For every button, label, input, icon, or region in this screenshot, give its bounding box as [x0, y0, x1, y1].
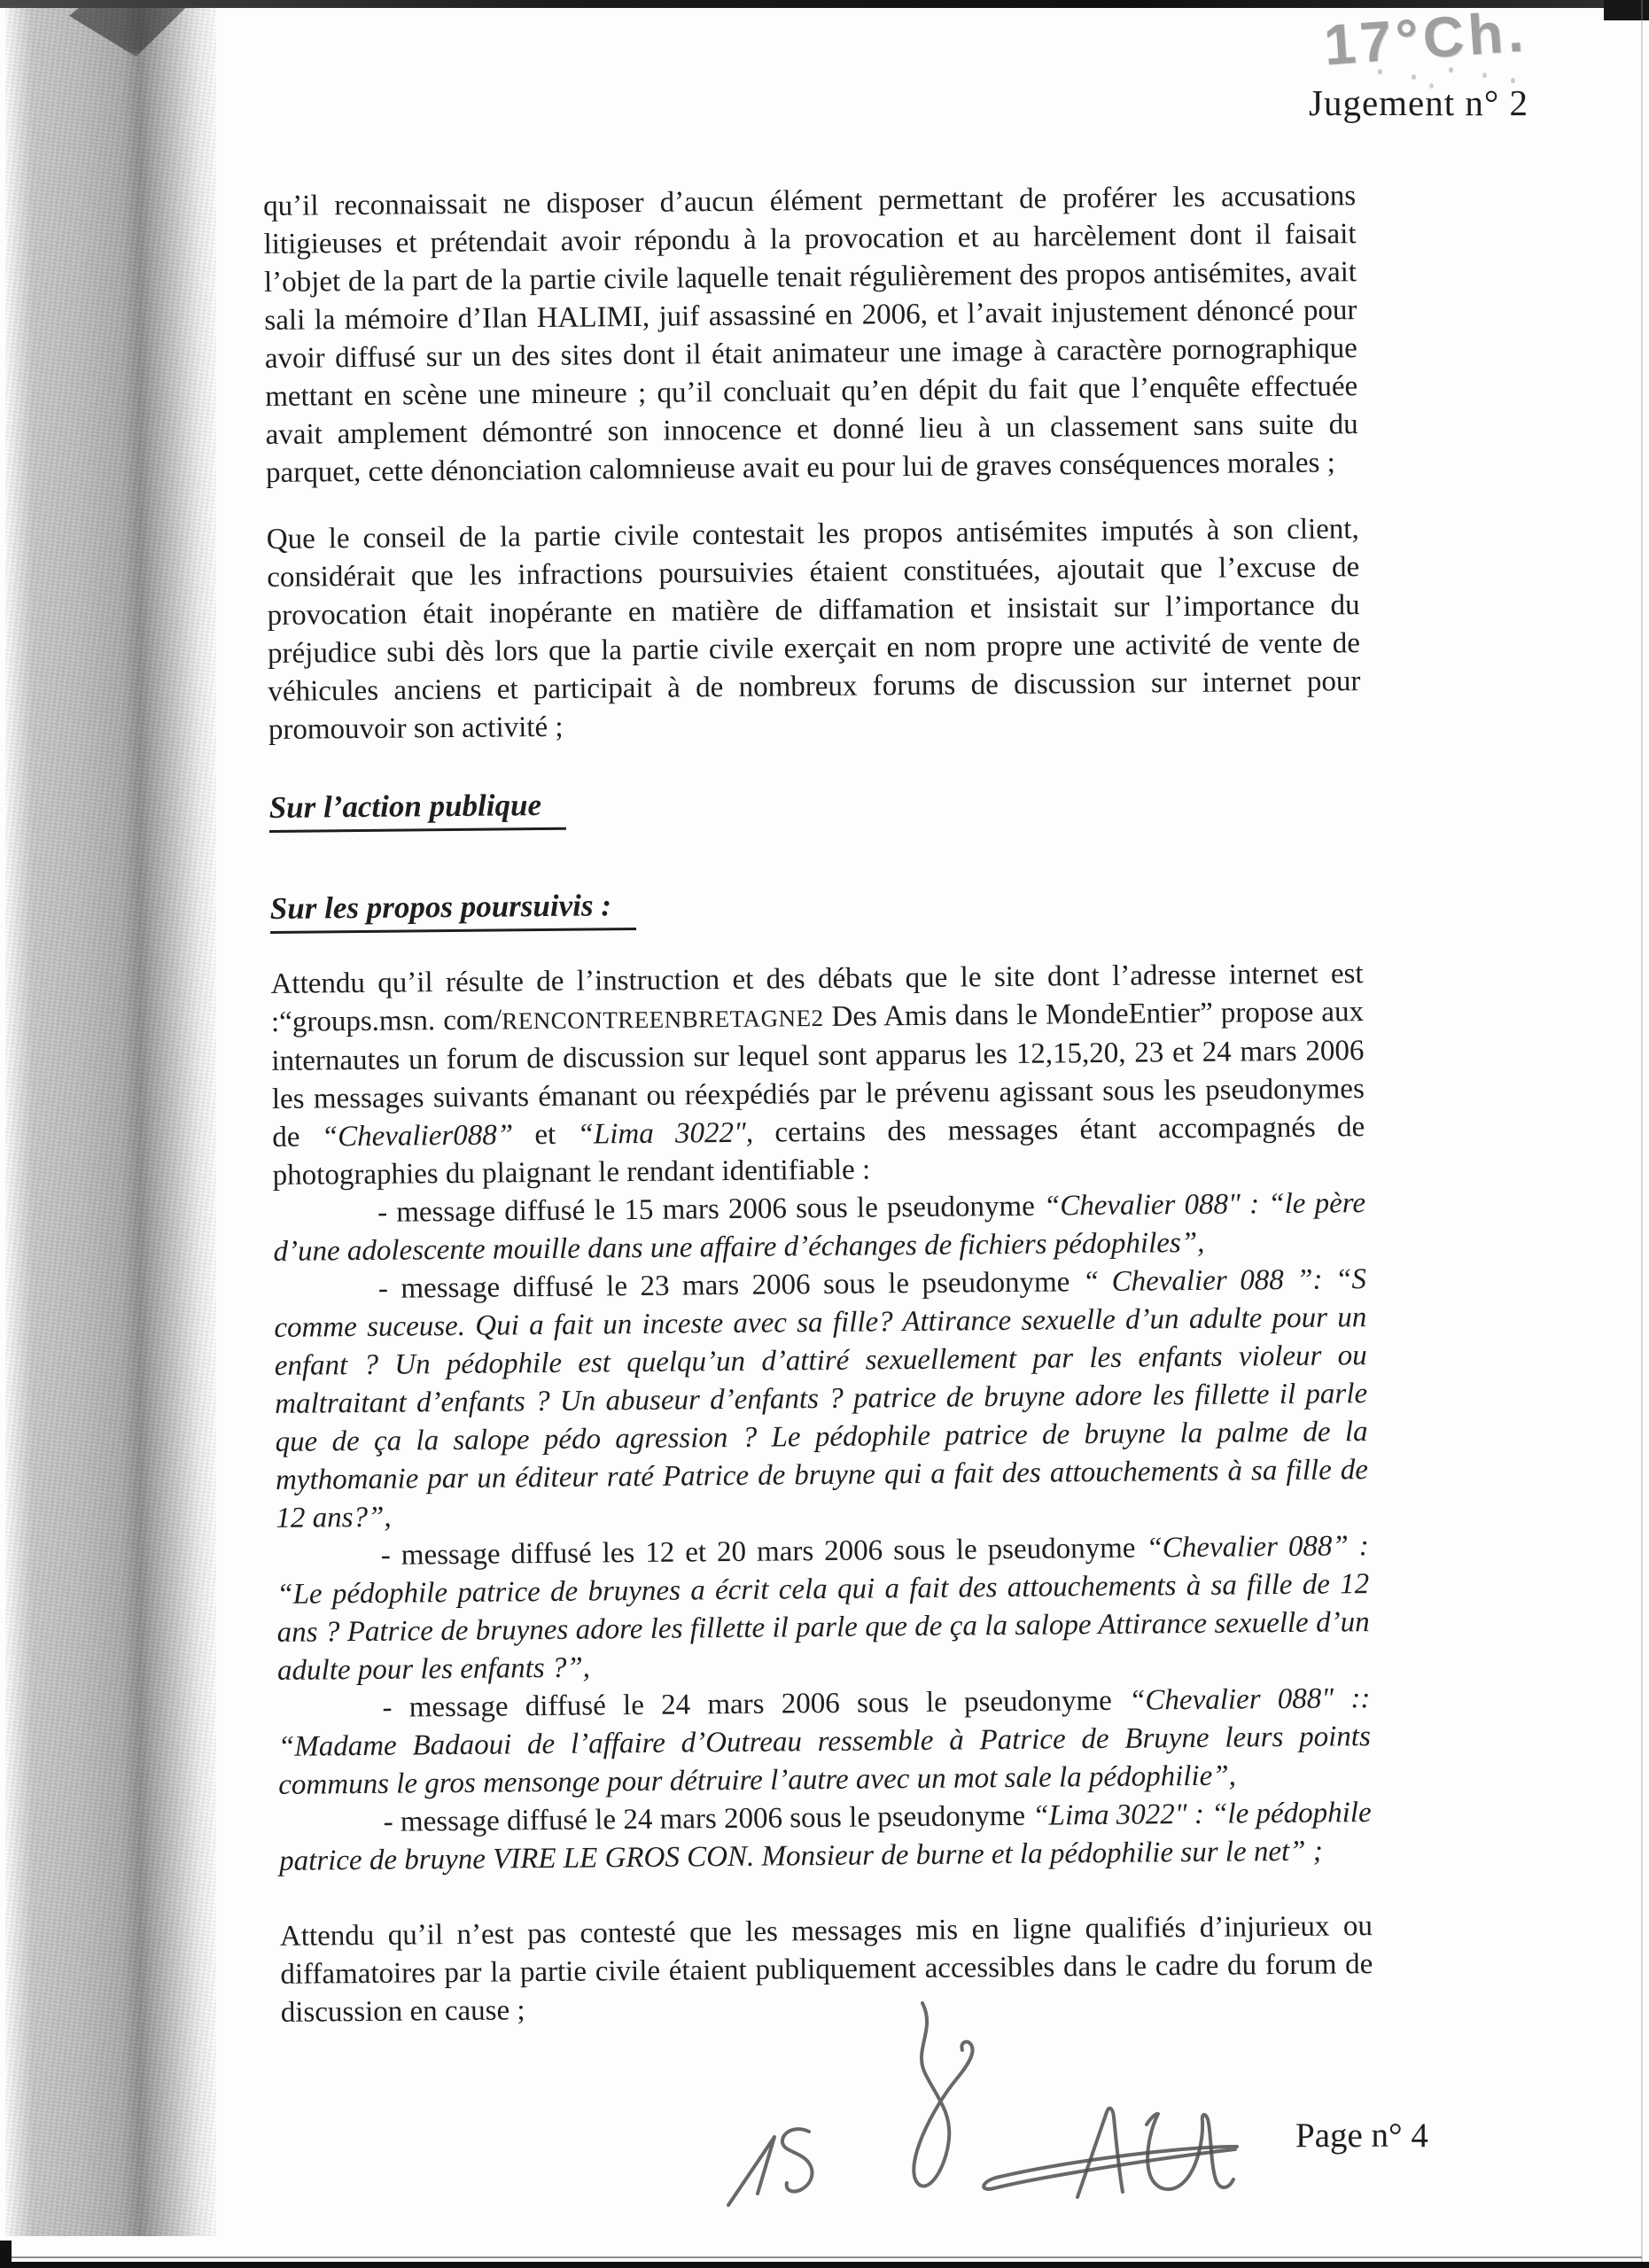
- signature-paraph: [914, 2003, 1237, 2197]
- message-quote: “Le pédophile patrice de bruynes a écrit…: [276, 1568, 1370, 1687]
- message-intro: - message diffusé le 15 mars 2006 sous l…: [377, 1191, 1044, 1229]
- pseudonym-chevalier088: “Chevalier088”: [322, 1119, 514, 1153]
- judgment-number: Jugement n° 2: [1309, 82, 1528, 124]
- stamp-speckles: [1378, 69, 1382, 74]
- message-quote: “Madame Badaoui de l’affaire d’Outreau r…: [278, 1720, 1371, 1801]
- message-intro: - message diffusé le 24 mars 2006 sous l…: [384, 1800, 1033, 1838]
- paragraph-attendu-site: Attendu qu’il résulte de l’instruction e…: [270, 955, 1365, 1195]
- message-pseudonym: “Chevalier 088” :: [1146, 1530, 1369, 1564]
- judgment-body: qu’il reconnaissait ne disposer d’aucun …: [263, 177, 1373, 2032]
- message-item-5: - message diffusé le 24 mars 2006 sous l…: [279, 1794, 1373, 1881]
- scanned-judgment-page: 17°Ch. Jugement n° 2 qu’il reconnaissait…: [0, 0, 1649, 2268]
- paragraph-defense-arguments: qu’il reconnaissait ne disposer d’aucun …: [263, 177, 1358, 493]
- heading-underlined-text: Sur les propos poursuivis :: [270, 888, 637, 934]
- site-name-caps: RENCONTREENBRETAGNE2: [502, 1005, 824, 1034]
- message-intro: - message diffusé les 12 et 20 mars 2006…: [381, 1533, 1147, 1572]
- scan-edge-bottom: [0, 2262, 1649, 2268]
- page-number: Page n° 4: [1295, 2116, 1428, 2155]
- paragraph-partie-civile: Que le conseil de la partie civile conte…: [267, 510, 1361, 750]
- scan-shadow-left-band: [5, 0, 216, 2236]
- message-intro: - message diffusé le 24 mars 2006 sous l…: [382, 1685, 1129, 1724]
- heading-underlined-text: Sur l’action publique: [269, 788, 567, 833]
- section-heading-action-publique: Sur l’action publique: [269, 780, 1362, 833]
- message-item-3: - message diffusé les 12 et 20 mars 2006…: [276, 1527, 1371, 1690]
- scan-edge-bottom-left: [0, 2241, 12, 2268]
- section-heading-propos-poursuivis: Sur les propos poursuivis :: [270, 881, 1363, 934]
- scan-line-right: [1641, 0, 1643, 2268]
- chamber-stamp: 17°Ch.: [1322, 0, 1529, 78]
- scan-edge-top: [0, 0, 1607, 8]
- paragraph-attendu-accessibles: Attendu qu’il n’est pas contesté que les…: [280, 1907, 1373, 2032]
- message-item-1: - message diffusé le 15 mars 2006 sous l…: [273, 1184, 1366, 1271]
- text-segment: et: [513, 1119, 578, 1152]
- message-intro: - message diffusé le 23 mars 2006 sous l…: [378, 1266, 1083, 1305]
- message-pseudonym: “ Chevalier 088 ”:: [1083, 1264, 1323, 1299]
- message-item-2: - message diffusé le 23 mars 2006 sous l…: [274, 1261, 1369, 1538]
- pseudonym-lima3022: “Lima 3022",: [577, 1117, 753, 1151]
- scan-line-bottom: [9, 2256, 1642, 2258]
- message-item-4: - message diffusé le 24 mars 2006 sous l…: [277, 1680, 1371, 1805]
- message-pseudonym: “Chevalier 088" :: [1044, 1188, 1260, 1222]
- message-pseudonym: “Lima 3022" :: [1032, 1798, 1204, 1832]
- message-pseudonym: “Chevalier 088" ::: [1129, 1682, 1371, 1717]
- handwritten-number-15: [728, 2129, 812, 2205]
